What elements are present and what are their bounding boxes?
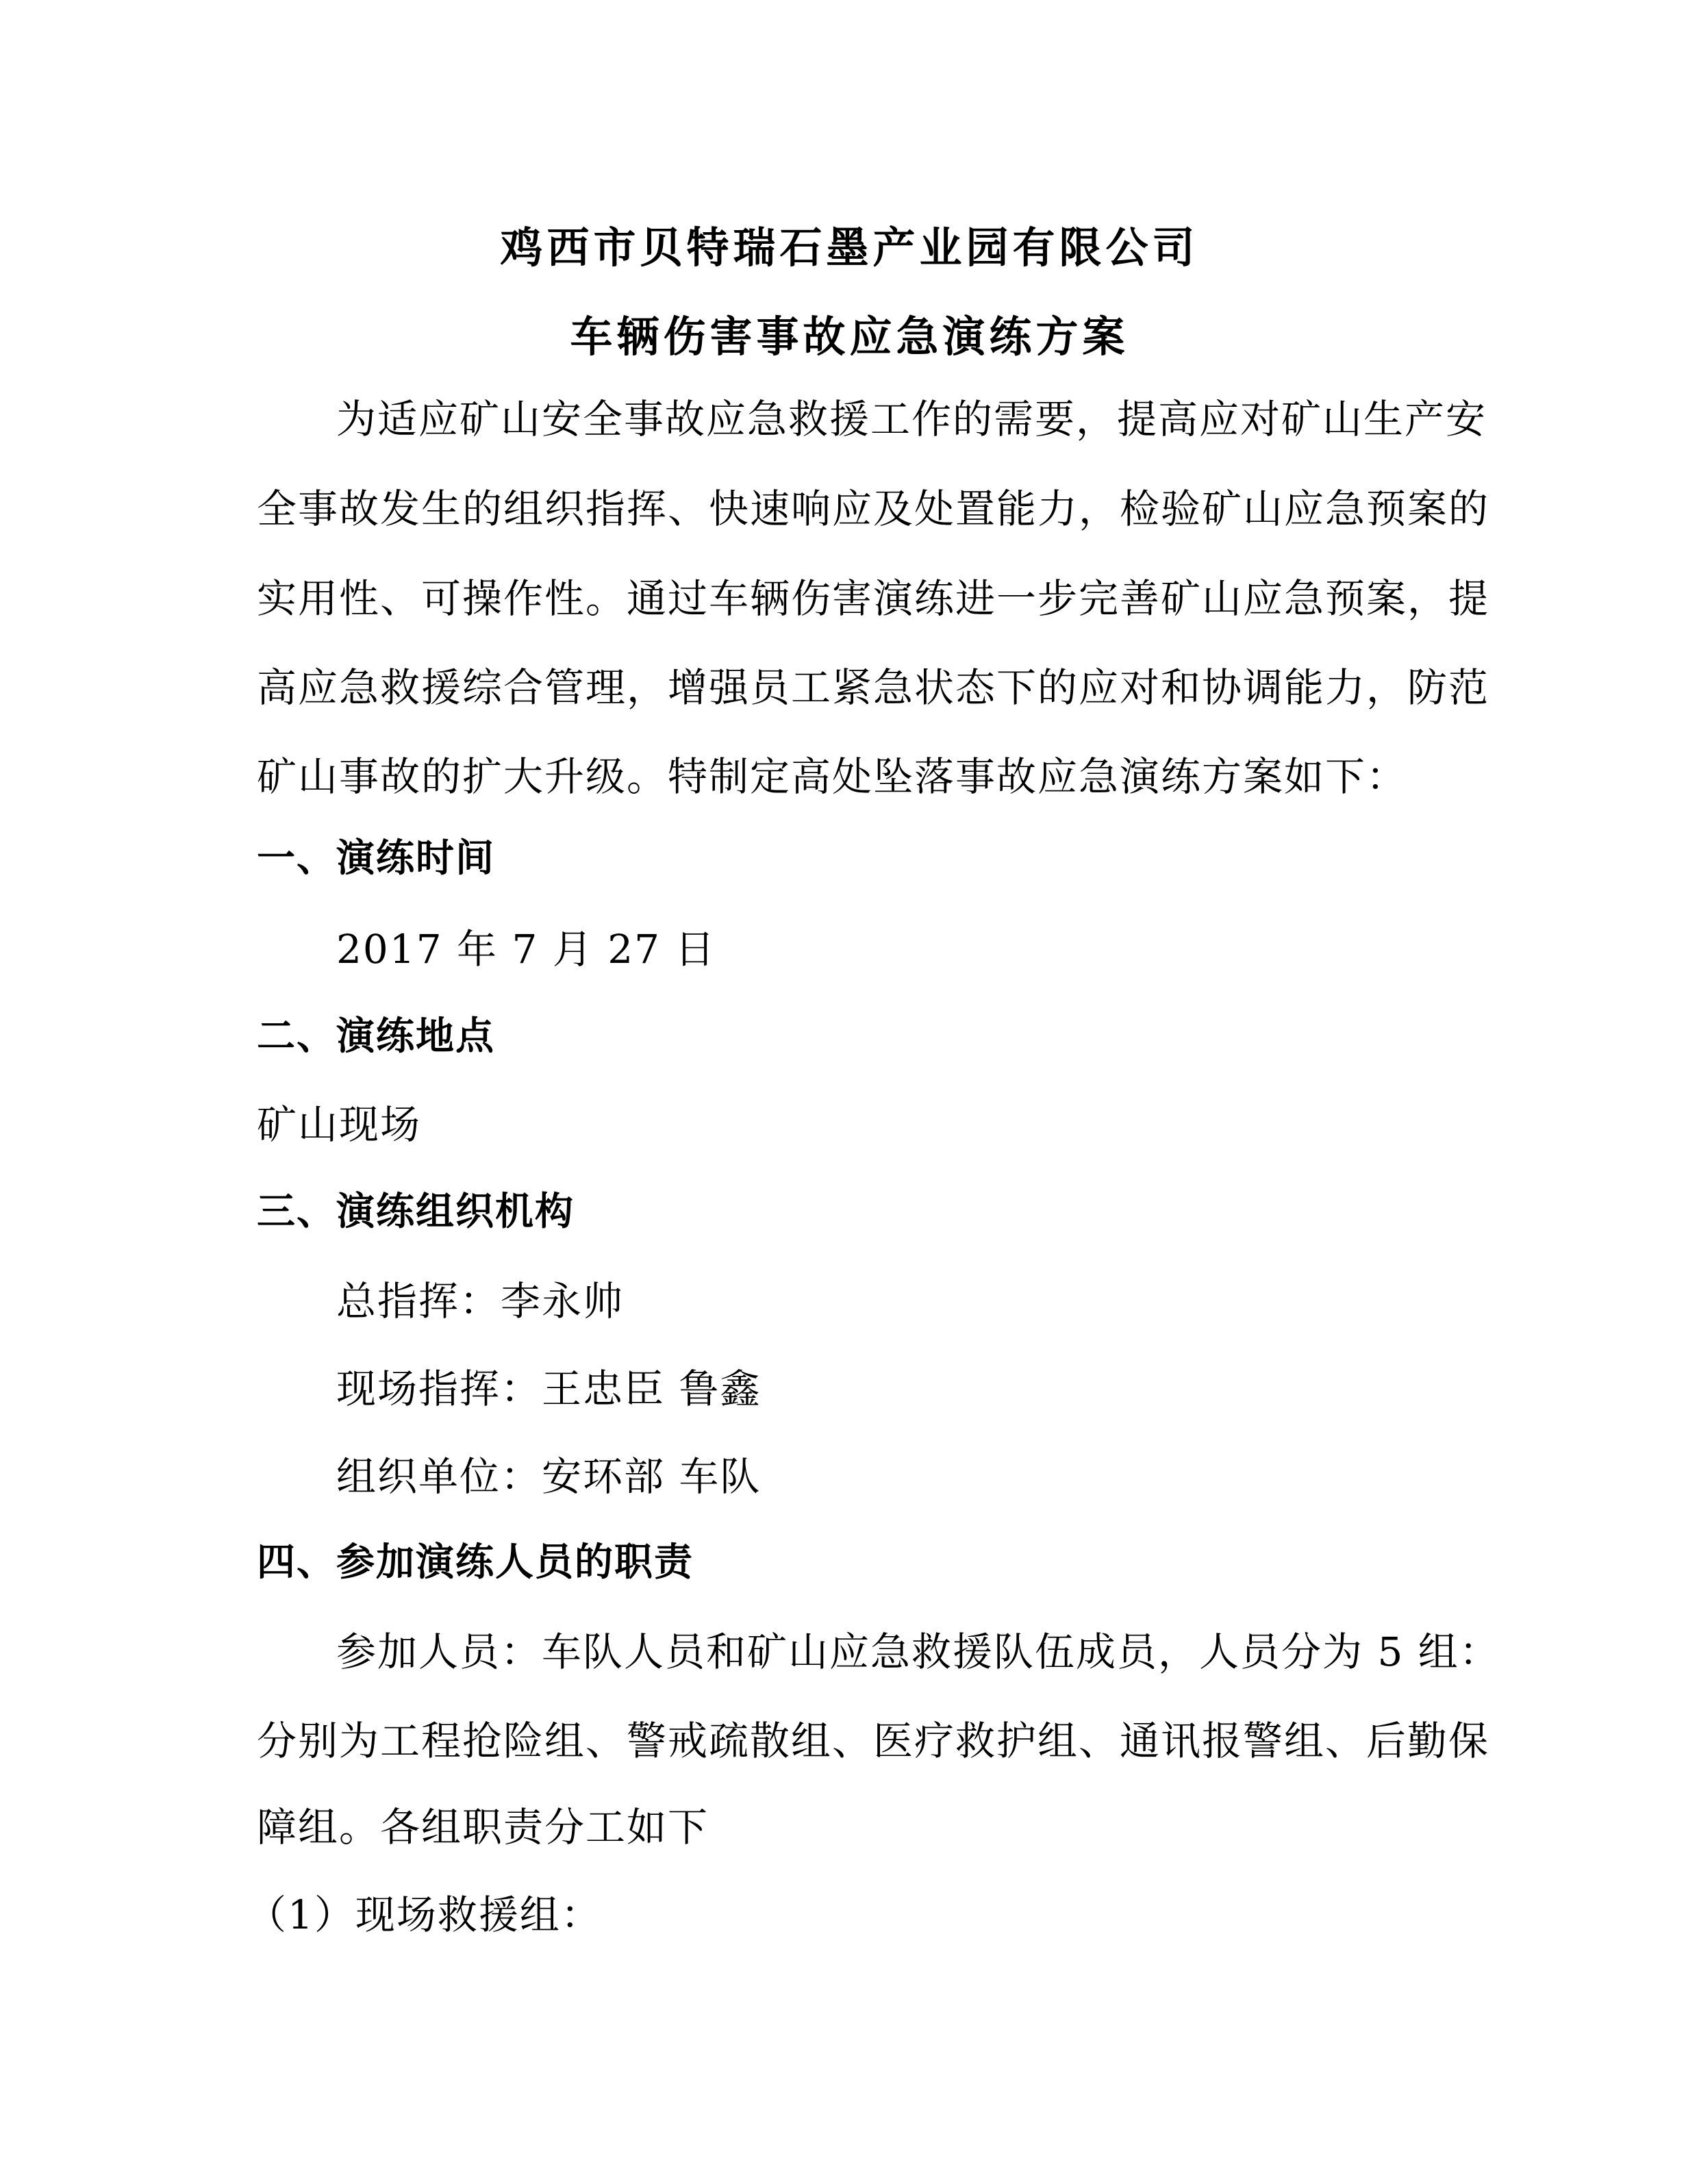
company-title: 鸡西市贝特瑞石墨产业园有限公司 — [0, 221, 1699, 275]
organizing-unit: 组织单位：安环部 车队 — [257, 1449, 1445, 1504]
participants-paragraph-line: 参加人员：车队人员和矿山应急救援队伍成员，人员分为 5 组： — [257, 1624, 1445, 1679]
chief-commander: 总指挥：李永帅 — [257, 1274, 1445, 1329]
section-heading-time: 一、演练时间 — [257, 831, 1445, 886]
drill-date: 2017 年 7 月 27 日 — [257, 922, 1445, 977]
subsection-rescue-group: （1）现场救援组： — [247, 1887, 1435, 1942]
participants-paragraph-line: 障组。各组职责分工如下 — [257, 1800, 1445, 1855]
intro-paragraph-line: 实用性、可操作性。通过车辆伤害演练进一步完善矿山应急预案，提 — [257, 571, 1445, 626]
intro-paragraph-line: 为适应矿山安全事故应急救援工作的需要，提高应对矿山生产安 — [257, 392, 1445, 447]
drill-location: 矿山现场 — [257, 1097, 1445, 1152]
document-page: 鸡西市贝特瑞石墨产业园有限公司 车辆伤害事故应急演练方案 为适应矿山安全事故应急… — [0, 0, 1699, 2184]
intro-paragraph-line: 矿山事故的扩大升级。特制定高处坠落事故应急演练方案如下： — [257, 749, 1445, 804]
section-heading-organization: 三、演练组织机构 — [257, 1185, 1445, 1240]
intro-paragraph-line: 高应急救援综合管理，增强员工紧急状态下的应对和协调能力，防范 — [257, 660, 1445, 715]
intro-paragraph-line: 全事故发生的组织指挥、快速响应及处置能力，检验矿山应急预案的 — [257, 481, 1445, 536]
section-heading-location: 二、演练地点 — [257, 1009, 1445, 1064]
document-title: 车辆伤害事故应急演练方案 — [0, 310, 1699, 364]
participants-paragraph-line: 分别为工程抢险组、警戒疏散组、医疗救护组、通讯报警组、后勤保 — [257, 1714, 1445, 1768]
section-heading-duties: 四、参加演练人员的职责 — [257, 1535, 1445, 1590]
site-commander: 现场指挥：王忠臣 鲁鑫 — [257, 1361, 1445, 1416]
